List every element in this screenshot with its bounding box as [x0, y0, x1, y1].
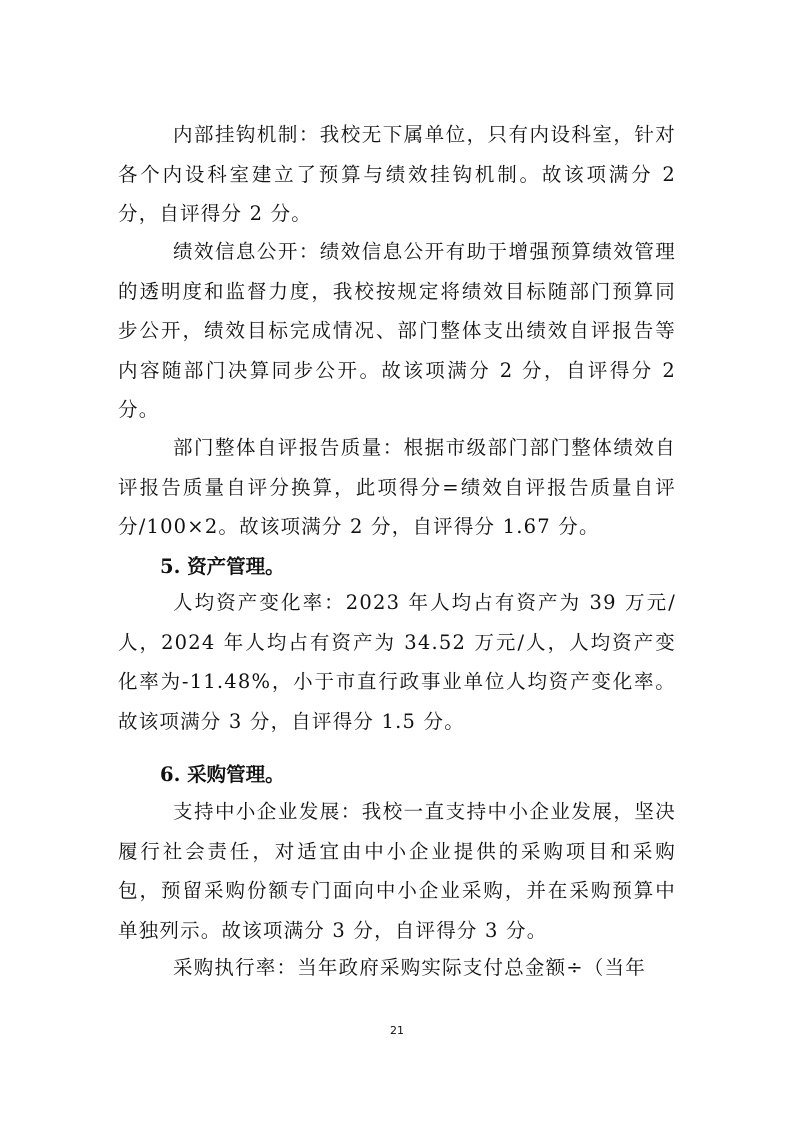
section-heading-asset-management: 5. 资产管理。 [160, 550, 285, 584]
paragraph-asset-change-rate: 人均资产变化率：2023 年人均占有资产为 39 万元/人，2024 年人均占有… [118, 583, 676, 741]
page-number: 21 [0, 1024, 794, 1037]
paragraph-internal-linkage: 内部挂钩机制：我校无下属单位，只有内设科室，针对各个内设科室建立了预算与绩效挂钩… [118, 115, 676, 234]
section-heading-procurement-management: 6. 采购管理。 [160, 758, 285, 792]
document-page: 内部挂钩机制：我校无下属单位，只有内设科室，针对各个内设科室建立了预算与绩效挂钩… [0, 0, 794, 1123]
paragraph-sme-support: 支持中小企业发展：我校一直支持中小企业发展，坚决履行社会责任，对适宜由中小企业提… [118, 792, 676, 950]
paragraph-procurement-execution: 采购执行率：当年政府采购实际支付总金额÷（当年 [118, 948, 676, 988]
paragraph-self-evaluation-quality: 部门整体自评报告质量：根据市级部门部门整体绩效自评报告质量自评分换算，此项得分=… [118, 428, 676, 547]
paragraph-performance-disclosure: 绩效信息公开：绩效信息公开有助于增强预算绩效管理的透明度和监督力度，我校按规定将… [118, 232, 676, 430]
